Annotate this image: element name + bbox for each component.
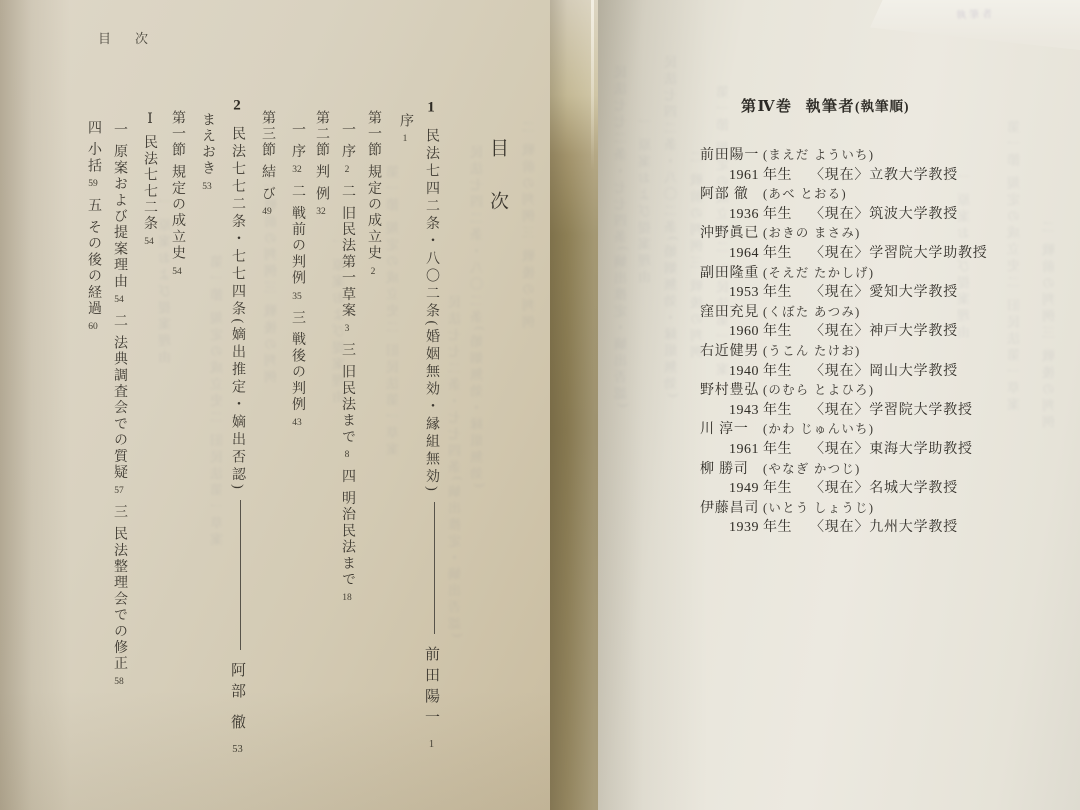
authors-page-header: 第Ⅳ巻執筆者(執筆順)	[741, 95, 910, 116]
toc-text: まえおき	[200, 112, 215, 177]
toc-text: 第一節 規定の成立史	[366, 110, 381, 262]
page-number: 35	[292, 292, 302, 302]
author-birth-year: 1943 年生	[729, 401, 810, 421]
author-name: 阿部 徹	[700, 185, 763, 205]
page-number: 32	[316, 207, 326, 217]
toc-entry-column: まえおき53	[194, 112, 220, 191]
author-info-line: 1939 年生〈現在〉九州大学教授	[700, 518, 988, 538]
author-birth-year: 1960 年生	[729, 322, 810, 342]
author-info-line: 1940 年生〈現在〉岡山大学教授	[700, 362, 988, 382]
author-current-position: 〈現在〉学習院大学教授	[810, 403, 973, 418]
author-entry: 前田陽一(まえだ よういち)1961 年生〈現在〉立教大学教授	[700, 146, 988, 185]
author-name: 沖野眞已	[700, 224, 763, 244]
toc-chapter-column: 1民法七四二条・八〇二条(婚姻無効・縁組無効)前田陽一1	[418, 100, 444, 750]
toc-entry-column: 一 序2二 旧民法第一草案3三 旧民法まで8四 明治民法まで18	[334, 122, 360, 602]
toc-text: 第二節 判 例	[314, 110, 329, 202]
page-number: 8	[342, 450, 352, 460]
toc-text: Ⅰ 民法七七二条	[142, 111, 157, 232]
author-birth-year: 1953 年生	[729, 283, 810, 303]
author-name: 川 淳一	[700, 420, 763, 440]
page-number: 54	[172, 267, 182, 277]
toc-text: 五 その後の経過	[86, 198, 101, 317]
author-birth-year: 1936 年生	[729, 205, 810, 225]
author-name: 副田隆重	[700, 264, 763, 284]
page-number: 2	[368, 267, 378, 277]
leader-line	[434, 502, 435, 634]
page-number: 57	[114, 486, 124, 496]
author-current-position: 〈現在〉神戸大学教授	[810, 324, 958, 339]
toc-entry-column: 四 小括59五 その後の経過60	[80, 120, 106, 331]
toc-text: 第一節 規定の成立史	[170, 110, 185, 262]
author-name: 伊藤昌司	[700, 499, 763, 519]
toc-text: 二 旧民法第一草案	[340, 184, 355, 319]
page-number: 49	[262, 207, 272, 217]
author-info-line: 1949 年生〈現在〉名城大学教授	[700, 479, 988, 499]
author-birth-year: 1961 年生	[729, 166, 810, 186]
author-name: 前田陽一	[700, 146, 763, 166]
toc-text: 三 戦後の判例	[290, 310, 305, 413]
toc-text: 序	[398, 113, 413, 129]
chapter-number: 1	[423, 100, 439, 115]
author-reading: (うこん たけお)	[763, 344, 861, 358]
author-name: 右近健男	[700, 342, 763, 362]
page-number: 3	[342, 324, 352, 334]
author-name-line: 右近健男(うこん たけお)	[700, 342, 988, 362]
chapter-title: 民法七七二条・七七四条(嫡出推定・嫡出否認)	[230, 126, 245, 492]
toc-text: 四 明治民法まで	[340, 469, 355, 588]
author-name-line: 副田隆重(そえだ たかしげ)	[700, 264, 988, 284]
toc-entry-column: 第二節 判 例32	[308, 110, 334, 217]
author-name: 窪田充見	[700, 303, 763, 323]
author-reading: (そえだ たかしげ)	[763, 266, 874, 280]
toc-entry-column: 第一節 規定の成立史54	[164, 110, 190, 276]
toc-text: 三 旧民法まで	[340, 342, 355, 445]
page-number: 60	[88, 322, 98, 332]
author-name: 野村豊弘	[700, 381, 763, 401]
toc-text: 二 戦前の判例	[290, 184, 305, 287]
author-name-line: 沖野眞已(おきの まさみ)	[700, 224, 988, 244]
chapter-author: 阿部 徹	[229, 662, 245, 735]
toc-text: 一 序	[340, 122, 355, 160]
author-entry: 伊藤昌司(いとう しょうじ)1939 年生〈現在〉九州大学教授	[700, 499, 988, 538]
author-entry: 川 淳一(かわ じゅんいち)1961 年生〈現在〉東海大学助教授	[700, 420, 988, 459]
author-name-line: 柳 勝司(やなぎ かつじ)	[700, 460, 988, 480]
volume-label: 第Ⅳ巻	[741, 99, 793, 115]
page-number: 1	[400, 134, 410, 144]
author-birth-year: 1964 年生	[729, 244, 810, 264]
author-birth-year: 1940 年生	[729, 362, 810, 382]
author-info-line: 1943 年生〈現在〉学習院大学教授	[700, 401, 988, 421]
toc-page-title: 目次	[484, 138, 511, 244]
author-name-line: 窪田充見(くぼた あつみ)	[700, 303, 988, 323]
page-number: 1	[426, 739, 437, 750]
author-current-position: 〈現在〉愛知大学教授	[810, 285, 958, 300]
toc-text: 三 民法整理会での修正	[112, 504, 127, 672]
author-entry: 沖野眞已(おきの まさみ)1964 年生〈現在〉学習院大学助教授	[700, 224, 988, 263]
author-reading: (かわ じゅんいち)	[763, 422, 874, 436]
toc-entry-column: 序1	[392, 113, 418, 144]
author-current-position: 〈現在〉東海大学助教授	[810, 442, 973, 457]
author-current-position: 〈現在〉筑波大学教授	[810, 207, 958, 222]
author-name: 柳 勝司	[700, 460, 763, 480]
toc-entry-column: 一 序32二 戦前の判例35三 戦後の判例43	[284, 122, 310, 427]
author-entry: 阿部 徹(あべ とおる)1936 年生〈現在〉筑波大学教授	[700, 185, 988, 224]
author-birth-year: 1939 年生	[729, 518, 810, 538]
author-info-line: 1960 年生〈現在〉神戸大学教授	[700, 322, 988, 342]
toc-entry-column: 第三節 結 び49	[254, 110, 280, 217]
author-reading: (あべ とおる)	[763, 187, 847, 201]
author-current-position: 〈現在〉名城大学教授	[810, 481, 958, 496]
author-name-line: 川 淳一(かわ じゅんいち)	[700, 420, 988, 440]
author-info-line: 1936 年生〈現在〉筑波大学教授	[700, 205, 988, 225]
author-current-position: 〈現在〉学習院大学助教授	[810, 246, 988, 261]
author-reading: (おきの まさみ)	[763, 226, 861, 240]
author-birth-year: 1961 年生	[729, 440, 810, 460]
toc-text: 一 序	[290, 122, 305, 160]
chapter-title: 民法七四二条・八〇二条(婚姻無効・縁組無効)	[424, 128, 439, 494]
author-current-position: 〈現在〉立教大学教授	[810, 168, 958, 183]
author-entry: 右近健男(うこん たけお)1940 年生〈現在〉岡山大学教授	[700, 342, 988, 381]
toc-entry-column: 一 原案および提案理由54二 法典調査会での質疑57三 民法整理会での修正58	[106, 122, 132, 687]
author-list: 前田陽一(まえだ よういち)1961 年生〈現在〉立教大学教授阿部 徹(あべ と…	[700, 146, 988, 538]
author-reading: (のむら とよひろ)	[763, 383, 874, 397]
page-number: 43	[292, 418, 302, 428]
page-number: 58	[114, 677, 124, 687]
toc-text: 二 法典調査会での質疑	[112, 313, 127, 481]
page-number: 54	[144, 237, 154, 247]
author-name-line: 阿部 徹(あべ とおる)	[700, 185, 988, 205]
author-info-line: 1961 年生〈現在〉立教大学教授	[700, 166, 988, 186]
chapter-author: 前田陽一	[423, 646, 439, 730]
toc-text: 一 原案および提案理由	[112, 122, 127, 290]
page-number: 59	[88, 179, 98, 189]
open-book-photo: 民法七四二条・八〇二条(婚姻無効・縁組無効)民法七七二条・七七四条(嫡出推定・嫡…	[0, 0, 1080, 810]
page-number: 53	[202, 182, 212, 192]
toc-entry-column: 第一節 規定の成立史2	[360, 110, 386, 276]
author-current-position: 〈現在〉岡山大学教授	[810, 364, 958, 379]
page-number: 18	[342, 593, 352, 603]
author-entry: 柳 勝司(やなぎ かつじ)1949 年生〈現在〉名城大学教授	[700, 460, 988, 499]
page-number: 54	[114, 295, 124, 305]
chapter-number: 2	[229, 98, 245, 113]
authors-title: 執筆者	[806, 99, 856, 115]
running-page-header: 目次	[98, 28, 172, 47]
page-number: 32	[292, 165, 302, 175]
toc-text: 四 小括	[86, 120, 101, 174]
book-gutter	[550, 0, 600, 810]
author-entry: 野村豊弘(のむら とよひろ)1943 年生〈現在〉学習院大学教授	[700, 381, 988, 420]
author-name-line: 野村豊弘(のむら とよひろ)	[700, 381, 988, 401]
author-entry: 窪田充見(くぼた あつみ)1960 年生〈現在〉神戸大学教授	[700, 303, 988, 342]
toc-chapter-column: 2民法七七二条・七七四条(嫡出推定・嫡出否認)阿部 徹53	[224, 98, 250, 755]
toc-text: 第三節 結 び	[260, 110, 275, 202]
toc-entry-column: Ⅰ 民法七七二条54	[136, 111, 162, 247]
author-current-position: 〈現在〉九州大学教授	[810, 520, 958, 535]
page-number: 2	[342, 165, 352, 175]
page-number: 53	[232, 744, 243, 755]
author-info-line: 1953 年生〈現在〉愛知大学教授	[700, 283, 988, 303]
author-birth-year: 1949 年生	[729, 479, 810, 499]
authors-order-note: (執筆順)	[855, 99, 910, 114]
author-info-line: 1964 年生〈現在〉学習院大学助教授	[700, 244, 988, 264]
author-name-line: 前田陽一(まえだ よういち)	[700, 146, 988, 166]
author-entry: 副田隆重(そえだ たかしげ)1953 年生〈現在〉愛知大学教授	[700, 264, 988, 303]
leader-line	[240, 500, 241, 650]
author-name-line: 伊藤昌司(いとう しょうじ)	[700, 499, 988, 519]
author-reading: (くぼた あつみ)	[763, 305, 861, 319]
author-reading: (やなぎ かつじ)	[763, 462, 861, 476]
author-info-line: 1961 年生〈現在〉東海大学助教授	[700, 440, 988, 460]
author-reading: (まえだ よういち)	[763, 148, 874, 162]
author-reading: (いとう しょうじ)	[763, 501, 874, 515]
